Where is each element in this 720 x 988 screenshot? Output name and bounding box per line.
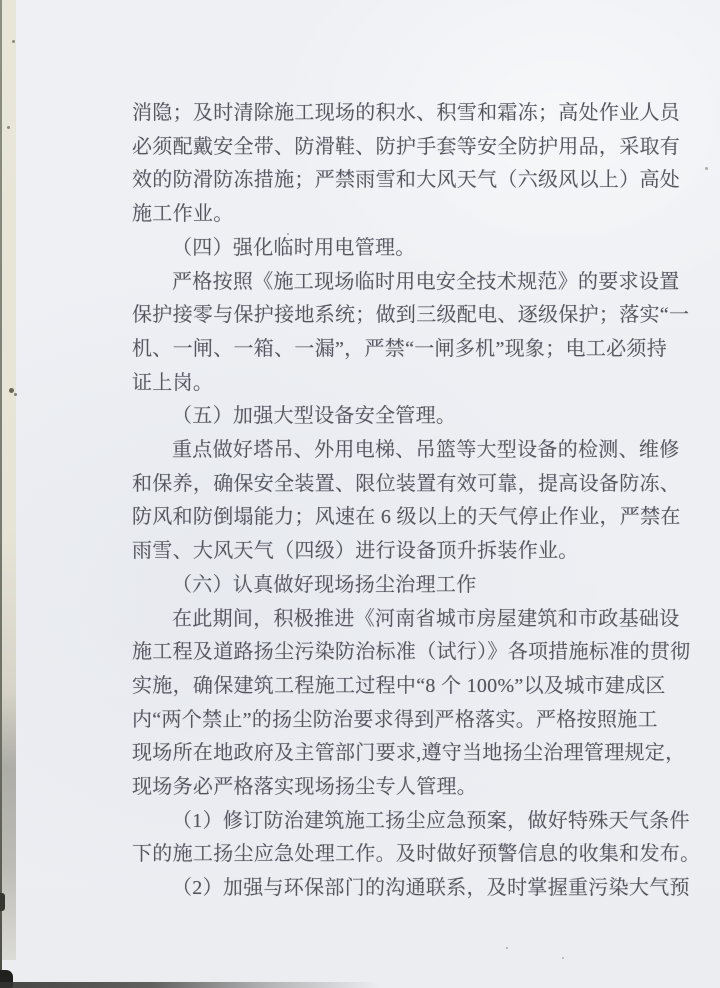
scanned-page: 消隐；及时清除施工现场的积水、积雪和霜冻；高处作业人员必须配戴安全带、防滑鞋、防…: [0, 0, 720, 988]
text-line: （五）加强大型设备安全管理。: [132, 400, 664, 434]
scan-speck: [9, 388, 14, 393]
scan-speck: [14, 393, 17, 396]
text-line: （1）修订防治建筑施工扬尘应急预案，做好特殊天气条件: [132, 805, 664, 839]
text-line: 证上岗。: [132, 367, 664, 401]
text-line: 和保养，确保安全装置、限位装置有效可靠，提高设备防冻、: [132, 468, 664, 502]
scan-speck: [287, 233, 289, 235]
scan-edge-mark: [0, 893, 5, 911]
text-line: 在此期间，积极推进《河南省城市房屋建筑和市政基础设: [132, 603, 664, 637]
text-line: （四）强化临时用电管理。: [132, 232, 664, 266]
text-line: 现场所在地政府及主管部门要求,遵守当地扬尘治理管理规定，: [132, 737, 664, 771]
scan-speck: [506, 947, 508, 949]
text-line: （六）认真做好现场扬尘治理工作: [132, 569, 664, 603]
scan-edge-bottom-shadow: [0, 982, 380, 988]
text-line: 施工作业。: [132, 198, 664, 232]
text-line: 防风和防倒塌能力；风速在 6 级以上的天气停止作业，严禁在: [132, 501, 664, 535]
text-line: 效的防滑防冻措施；严禁雨雪和大风天气（六级风以上）高处: [132, 164, 664, 198]
text-line: 雨雪、大风天气（四级）进行设备顶升拆装作业。: [132, 535, 664, 569]
text-line: 施工程及道路扬尘污染防治标准（试行）》各项措施标准的贯彻: [132, 636, 664, 670]
text-line: 保护接零与保护接地系统；做到三级配电、逐级保护；落实“一: [132, 299, 664, 333]
document-text: 消隐；及时清除施工现场的积水、积雪和霜冻；高处作业人员必须配戴安全带、防滑鞋、防…: [132, 97, 664, 906]
text-line: 重点做好塔吊、外用电梯、吊篮等大型设备的检测、维修: [132, 434, 664, 468]
text-line: 必须配戴安全带、防滑鞋、防护手套等安全防护用品，采取有: [132, 131, 664, 165]
scan-speck: [7, 126, 10, 129]
text-line: 下的施工扬尘应急处理工作。及时做好预警信息的收集和发布。: [132, 838, 664, 872]
text-line: （2）加强与环保部门的沟通联系，及时掌握重污染大气预: [132, 872, 664, 906]
text-line: 消隐；及时清除施工现场的积水、积雪和霜冻；高处作业人员: [132, 97, 664, 131]
scan-speck: [705, 167, 708, 170]
scan-edge-left-line: [0, 0, 2, 988]
text-line: 现场务必严格落实现场扬尘专人管理。: [132, 771, 664, 805]
text-line: 内“两个禁止”的扬尘防治要求得到严格落实。严格按照施工: [132, 704, 664, 738]
scan-speck: [562, 957, 564, 959]
text-line: 机、一闸、一箱、一漏”，严禁“一闸多机”现象；电工必须持: [132, 333, 664, 367]
text-line: 实施，确保建筑工程施工过程中“8 个 100%”以及城市建成区: [132, 670, 664, 704]
text-line: 严格按照《施工现场临时用电安全技术规范》的要求设置: [132, 266, 664, 300]
scan-edge-left-strip: [0, 0, 16, 960]
scan-speck: [12, 40, 15, 43]
